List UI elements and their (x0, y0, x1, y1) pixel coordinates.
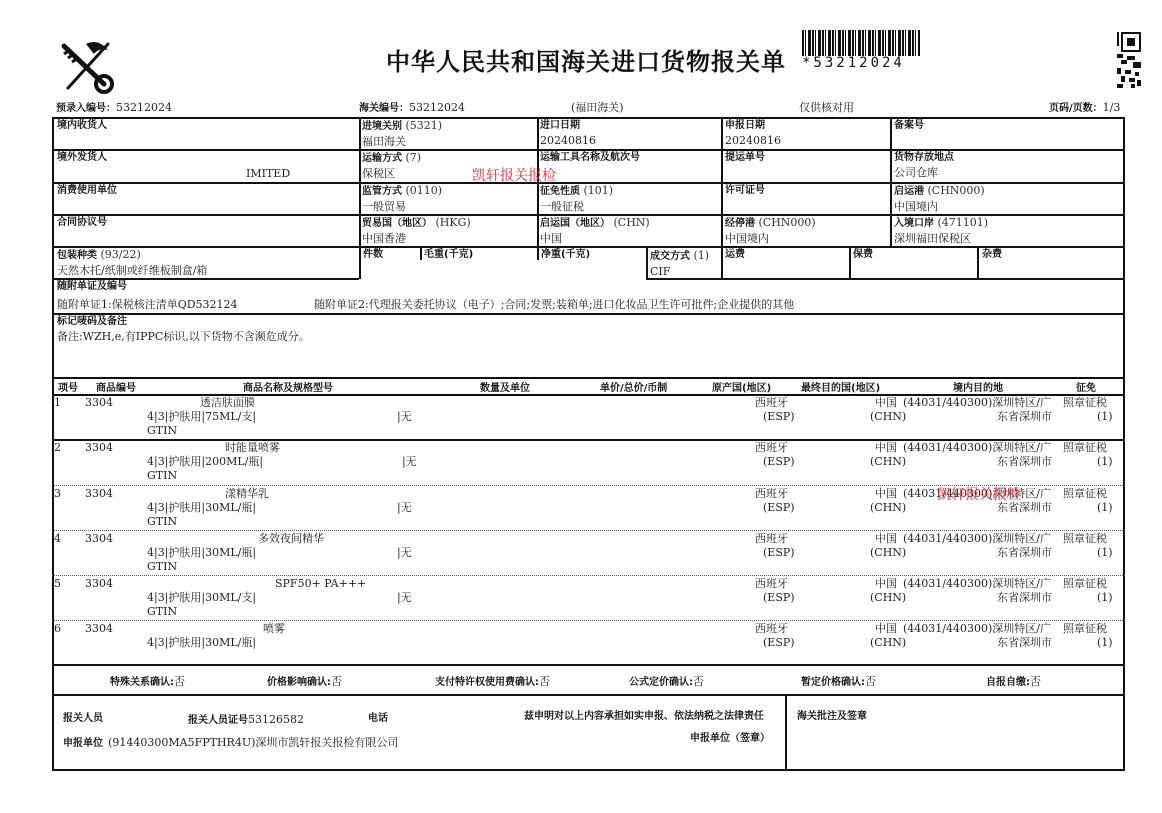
field-departure-port: 启运港 (CHN000) 中国境内 (894, 184, 985, 215)
field-insurance: 保费 (853, 248, 873, 262)
consumer-label: 消费使用单位 (57, 184, 117, 198)
goods-levy-code: (1) (1097, 591, 1113, 605)
field-transport-mode: 运输方式 (7) 保税区 (362, 151, 421, 182)
goods-name: 漾精华乳 (225, 487, 269, 501)
declarant-stamp-label: 申报单位（签章） (690, 729, 770, 744)
goods-levy: 照章征税 (1063, 441, 1107, 455)
record-no-label: 备案号 (894, 119, 924, 133)
goods-origin: 西班牙 (755, 441, 788, 455)
goods-domestic: (44031/440300)深圳特区/广 (903, 441, 1051, 455)
col-item-no: 项号 (58, 379, 78, 394)
goods-dest: 中国 (875, 487, 897, 501)
contract-no-label: 合同协议号 (57, 216, 107, 230)
broker-cert: 报关人员证号53126582 (188, 708, 304, 727)
goods-dest: 中国 (875, 396, 897, 410)
goods-origin: 西班牙 (755, 532, 788, 546)
consignee-label: 境内收货人 (57, 119, 107, 133)
misc-fee-label: 杂费 (982, 248, 1002, 262)
goods-levy-code: (1) (1097, 501, 1113, 515)
field-consignee: 境内收货人 (57, 119, 107, 133)
goods-no: 1 (54, 396, 61, 410)
col-levy: 征免 (1076, 379, 1096, 394)
goods-levy-code: (1) (1097, 455, 1113, 469)
col-price: 单价/总价/币制 (600, 379, 667, 394)
confirm-price-influence: 价格影响确认:否 (267, 673, 342, 689)
net-weight-label: 净重(千克) (541, 248, 590, 262)
page-indicator: 页码/页数：1/3 (1049, 99, 1120, 114)
goods-no: 2 (54, 441, 61, 455)
goods-levy: 照章征税 (1063, 622, 1107, 636)
confirm-formula-pricing: 公式定价确认:否 (629, 673, 704, 689)
transport-mode-value: 保税区 (362, 166, 421, 182)
goods-name: 多效夜间精华 (258, 532, 324, 546)
goods-origin-code: (ESP) (763, 501, 795, 515)
goods-levy: 照章征税 (1063, 396, 1107, 410)
goods-spec-tail: |无 (397, 410, 412, 424)
import-date-label: 进口日期 (540, 119, 596, 133)
goods-domestic: (44031/440300)深圳特区/广 (903, 577, 1051, 591)
attached-doc-1: 随附单证1:保税核注清单QD532124 (57, 296, 238, 312)
goods-name: 透洁肤面膜 (200, 396, 255, 410)
goods-origin-code: (ESP) (763, 410, 795, 424)
goods-spec-tail: |无 (402, 455, 417, 469)
goods-dest-code: (CHN) (870, 591, 906, 605)
levy-nature-label: 征免性质 (101) (540, 184, 613, 199)
goods-domestic: (44031/440300)深圳特区/广 (903, 532, 1051, 546)
watermark-text: 凯轩报关报检 (472, 165, 556, 185)
entry-customs-label: 进境关别 (5321) (362, 119, 442, 134)
insurance-label: 保费 (853, 248, 873, 262)
preentry-number: 预录入编号：53212024 (56, 99, 172, 114)
entry-port-value: 深圳福田保税区 (894, 231, 988, 247)
field-attached-docs: 随附单证及编号 (57, 280, 127, 294)
license-no-label: 许可证号 (725, 184, 765, 198)
field-transit-port: 经停港 (CHN000) 中国境内 (725, 216, 816, 247)
field-levy-nature: 征免性质 (101) 一般征税 (540, 184, 613, 215)
bill-no-label: 提运单号 (725, 151, 765, 165)
field-vessel: 运输工具名称及航次号 (540, 151, 640, 165)
goods-name: SPF50+ PA+++ (275, 577, 366, 591)
goods-levy-code: (1) (1097, 546, 1113, 560)
field-misc-fee: 杂费 (982, 248, 1002, 262)
field-freight: 运费 (725, 248, 745, 262)
goods-no: 4 (54, 532, 61, 546)
field-storage: 货物存放地点 公司仓库 (894, 151, 954, 181)
document-title: 中华人民共和国海关进口货物报关单 (386, 42, 786, 77)
watermark-text: 凯轩报关报检 (937, 484, 1021, 504)
attached-docs-label: 随附单证及编号 (57, 280, 127, 294)
field-trade-country: 贸易国（地区） (HKG) 中国香港 (362, 216, 471, 247)
supervision-value: 一般贸易 (362, 199, 442, 215)
field-license-no: 许可证号 (725, 184, 765, 198)
goods-gtin: GTIN (147, 424, 177, 438)
barcode-number: *53212024 (802, 55, 905, 71)
goods-dest: 中国 (875, 441, 897, 455)
declarant-unit: 申报单位 (91440300MA5FPTHR4U)深圳市凯轩报关报检有限公司 (63, 731, 398, 750)
origin-country-value: 中国 (540, 231, 650, 247)
goods-dest: 中国 (875, 532, 897, 546)
goods-origin: 西班牙 (755, 487, 788, 501)
preentry-label: 预录入编号： (56, 103, 116, 114)
goods-name: 时能量喷雾 (225, 441, 280, 455)
customs-emblem-icon (56, 36, 116, 96)
goods-levy: 照章征税 (1063, 487, 1107, 501)
declaration-statement: 兹申明对以上内容承担如实申报、依法纳税之法律责任 (524, 707, 764, 722)
field-entry-customs: 进境关别 (5321) 福田海关 (362, 119, 442, 150)
goods-gtin: GTIN (147, 515, 177, 529)
field-package-type: 包装种类 (93/22) 天然木托/纸制或纤维板制盒/箱 (57, 248, 207, 279)
col-domestic-dest: 境内目的地 (953, 379, 1003, 394)
goods-spec: 4|3|护肤用|30ML/支| (147, 591, 256, 605)
confirm-provisional-price: 暂定价格确认:否 (801, 673, 876, 689)
storage-value: 公司仓库 (894, 165, 954, 181)
declare-date-label: 申报日期 (725, 119, 781, 133)
goods-spec-tail: |无 (397, 591, 412, 605)
transit-port-value: 中国境内 (725, 231, 816, 247)
page-label: 页码/页数： (1049, 103, 1103, 114)
goods-spec: 4|3|护肤用|30ML/瓶| (147, 636, 256, 650)
field-declare-date: 申报日期 20240816 (725, 119, 781, 149)
goods-domestic: (44031/440300)深圳特区/广 (903, 396, 1051, 410)
customs-office: (福田海关) (571, 99, 624, 115)
goods-levy-code: (1) (1097, 636, 1113, 650)
entry-port-label: 入境口岸 (471101) (894, 216, 988, 231)
goods-hs: 3304 (85, 441, 113, 455)
goods-origin-code: (ESP) (763, 636, 795, 650)
goods-levy: 照章征税 (1063, 532, 1107, 546)
preentry-value: 53212024 (116, 101, 172, 114)
field-remarks: 标记唛码及备注 备注:WZH,e,有IPPC标识,以下货物不含濒危成分。 (57, 315, 310, 345)
goods-hs: 3304 (85, 622, 113, 636)
levy-nature-value: 一般征税 (540, 199, 613, 215)
field-gross-weight: 毛重(千克) (424, 248, 473, 262)
qr-code-icon (1117, 32, 1141, 88)
customs-number: 海关编号：53212024 (359, 99, 465, 114)
page-value: 1/3 (1103, 101, 1121, 114)
goods-dest-code: (CHN) (870, 455, 906, 469)
field-bill-no: 提运单号 (725, 151, 765, 165)
goods-dest-code: (CHN) (870, 546, 906, 560)
goods-origin: 西班牙 (755, 577, 788, 591)
goods-no: 6 (54, 622, 61, 636)
remarks-label: 标记唛码及备注 (57, 315, 310, 329)
departure-port-label: 启运港 (CHN000) (894, 184, 985, 199)
goods-no: 3 (54, 487, 61, 501)
goods-name: 喷雾 (263, 622, 285, 636)
goods-hs: 3304 (85, 487, 113, 501)
departure-port-value: 中国境内 (894, 199, 985, 215)
customs-no-value: 53212024 (409, 101, 465, 114)
goods-hs: 3304 (85, 396, 113, 410)
goods-spec-tail: |无 (397, 546, 412, 560)
customs-stamp-label: 海关批注及签章 (797, 707, 867, 722)
goods-dest-code: (CHN) (870, 501, 906, 515)
goods-dest: 中国 (875, 577, 897, 591)
phone-label: 电话 (368, 709, 388, 724)
pieces-label: 件数 (363, 248, 383, 262)
deal-mode-value: CIF (650, 264, 709, 280)
goods-gtin: GTIN (147, 469, 177, 483)
goods-levy: 照章征税 (1063, 577, 1107, 591)
import-date-value: 20240816 (540, 133, 596, 149)
goods-domestic2: 东省深圳市 (997, 410, 1052, 424)
customs-no-label: 海关编号： (359, 103, 409, 114)
remarks-value: 备注:WZH,e,有IPPC标识,以下货物不含濒危成分。 (57, 329, 310, 345)
goods-domestic2: 东省深圳市 (997, 546, 1052, 560)
supervision-label: 监管方式 (0110) (362, 184, 442, 199)
field-contract-no: 合同协议号 (57, 216, 107, 230)
goods-spec: 4|3|护肤用|75ML/支| (147, 410, 256, 424)
overseas-shipper-label: 境外发货人 (57, 151, 107, 165)
deal-mode-label: 成交方式 (1) (650, 249, 709, 264)
declare-date-value: 20240816 (725, 133, 781, 149)
confirm-royalty: 支付特许权使用费确认:否 (435, 673, 550, 689)
trade-country-value: 中国香港 (362, 231, 471, 247)
attached-doc-2: 随附单证2:代理报关委托协议（电子）;合同;发票;装箱单;进口化妆品卫生许可批件… (314, 296, 794, 312)
field-consumer: 消费使用单位 (57, 184, 117, 198)
entry-customs-value: 福田海关 (362, 134, 442, 150)
goods-hs: 3304 (85, 577, 113, 591)
goods-domestic2: 东省深圳市 (997, 636, 1052, 650)
col-final-dest: 最终目的国(地区) (801, 379, 880, 394)
field-origin-country: 启运国（地区） (CHN) 中国 (540, 216, 650, 247)
goods-levy-code: (1) (1097, 410, 1113, 424)
goods-no: 5 (54, 577, 61, 591)
col-name-spec: 商品名称及规格型号 (243, 379, 333, 394)
goods-spec: 4|3|护肤用|30ML/瓶| (147, 501, 256, 515)
field-entry-port: 入境口岸 (471101) 深圳福田保税区 (894, 216, 988, 247)
trade-country-label: 贸易国（地区） (HKG) (362, 216, 471, 231)
freight-label: 运费 (725, 248, 745, 262)
vessel-label: 运输工具名称及航次号 (540, 151, 640, 165)
goods-dest-code: (CHN) (870, 410, 906, 424)
origin-country-label: 启运国（地区） (CHN) (540, 216, 650, 231)
goods-origin-code: (ESP) (763, 455, 795, 469)
goods-domestic2: 东省深圳市 (997, 591, 1052, 605)
gross-weight-label: 毛重(千克) (424, 248, 473, 262)
goods-gtin: GTIN (147, 560, 177, 574)
barcode-icon (802, 30, 920, 56)
goods-spec: 4|3|护肤用|30ML/瓶| (147, 546, 256, 560)
goods-dest-code: (CHN) (870, 636, 906, 650)
package-type-value: 天然木托/纸制或纤维板制盒/箱 (57, 263, 207, 279)
goods-origin-code: (ESP) (763, 591, 795, 605)
transit-port-label: 经停港 (CHN000) (725, 216, 816, 231)
overseas-shipper-value: IMITED (246, 167, 290, 180)
broker-label: 报关人员 (63, 709, 103, 724)
col-hs-code: 商品编号 (96, 379, 136, 394)
storage-label: 货物存放地点 (894, 151, 954, 165)
col-quantity: 数量及单位 (480, 379, 530, 394)
field-import-date: 进口日期 20240816 (540, 119, 596, 149)
field-overseas-shipper: 境外发货人 (57, 151, 107, 165)
goods-origin: 西班牙 (755, 396, 788, 410)
col-origin: 原产国(地区) (712, 379, 771, 394)
goods-dest: 中国 (875, 622, 897, 636)
goods-domestic2: 东省深圳市 (997, 455, 1052, 469)
field-record-no: 备案号 (894, 119, 924, 133)
goods-spec: 4|3|护肤用|200ML/瓶| (147, 455, 263, 469)
goods-origin: 西班牙 (755, 622, 788, 636)
field-supervision: 监管方式 (0110) 一般贸易 (362, 184, 442, 215)
field-deal-mode: 成交方式 (1) CIF (650, 249, 709, 280)
goods-origin-code: (ESP) (763, 546, 795, 560)
confirm-self-pay: 自报自缴:否 (986, 673, 1041, 689)
field-net-weight: 净重(千克) (541, 248, 590, 262)
package-type-label: 包装种类 (93/22) (57, 248, 207, 263)
confirm-special-relation: 特殊关系确认:否 (110, 673, 185, 689)
purpose-note: 仅供核对用 (799, 99, 854, 115)
goods-gtin: GTIN (147, 605, 177, 619)
transport-mode-label: 运输方式 (7) (362, 151, 421, 166)
goods-spec-tail: |无 (397, 501, 412, 515)
field-pieces: 件数 (363, 248, 383, 262)
goods-hs: 3304 (85, 532, 113, 546)
goods-domestic: (44031/440300)深圳特区/广 (903, 622, 1051, 636)
